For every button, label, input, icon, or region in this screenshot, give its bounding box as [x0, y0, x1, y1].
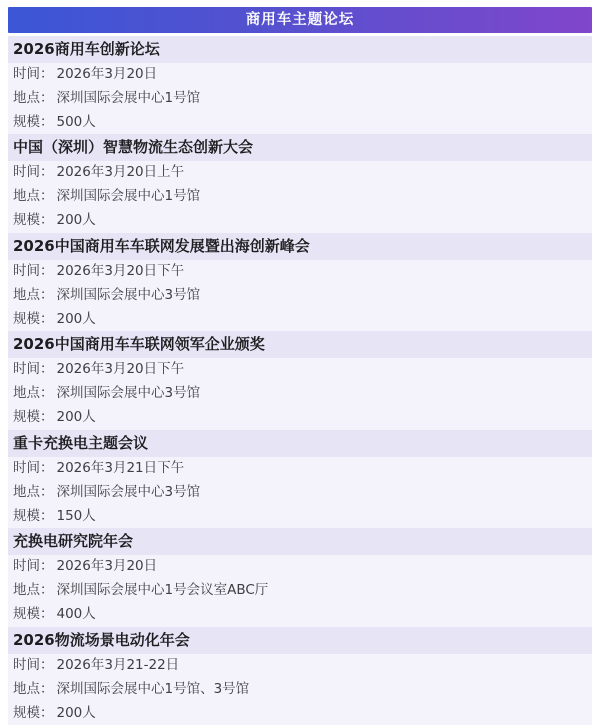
event-location-row: 地点：深圳国际会展中心3号馆: [8, 382, 592, 406]
event-time-row: 时间：2026年3月21-22日: [8, 654, 592, 678]
event-location-row: 地点：深圳国际会展中心1号馆: [8, 87, 592, 111]
scale-value: 200人: [57, 705, 96, 721]
event-block: 2026物流场景电动化年会 时间：2026年3月21-22日 地点：深圳国际会展…: [8, 627, 592, 725]
time-label: 时间：: [13, 164, 54, 180]
location-label: 地点：: [13, 188, 54, 204]
event-scale-row: 规模：400人: [8, 603, 592, 627]
scale-label: 规模：: [13, 508, 54, 524]
event-time-row: 时间：2026年3月20日下午: [8, 358, 592, 382]
location-label: 地点：: [13, 287, 54, 303]
event-time-row: 时间：2026年3月20日上午: [8, 161, 592, 185]
event-scale-row: 规模：200人: [8, 406, 592, 430]
time-value: 2026年3月20日下午: [57, 361, 185, 377]
scale-label: 规模：: [13, 212, 54, 228]
location-value: 深圳国际会展中心3号馆: [57, 385, 201, 401]
event-block: 中国（深圳）智慧物流生态创新大会 时间：2026年3月20日上午 地点：深圳国际…: [8, 134, 592, 232]
event-scale-row: 规模：200人: [8, 702, 592, 725]
location-value: 深圳国际会展中心3号馆: [57, 287, 201, 303]
event-title: 2026商用车创新论坛: [8, 36, 592, 63]
event-scale-row: 规模：500人: [8, 111, 592, 135]
event-location-row: 地点：深圳国际会展中心3号馆: [8, 284, 592, 308]
location-value: 深圳国际会展中心1号馆: [57, 90, 201, 106]
location-label: 地点：: [13, 385, 54, 401]
scale-label: 规模：: [13, 114, 54, 130]
event-location-row: 地点：深圳国际会展中心1号馆、3号馆: [8, 678, 592, 702]
time-label: 时间：: [13, 66, 54, 82]
event-title: 2026中国商用车车联网领军企业颁奖: [8, 331, 592, 358]
event-scale-row: 规模：150人: [8, 505, 592, 529]
location-value: 深圳国际会展中心1号会议室ABC厅: [57, 582, 269, 598]
time-label: 时间：: [13, 558, 54, 574]
scale-label: 规模：: [13, 606, 54, 622]
event-location-row: 地点：深圳国际会展中心1号会议室ABC厅: [8, 579, 592, 603]
event-block: 2026中国商用车车联网发展暨出海创新峰会 时间：2026年3月20日下午 地点…: [8, 233, 592, 331]
time-value: 2026年3月20日上午: [57, 164, 185, 180]
time-label: 时间：: [13, 460, 54, 476]
page-title: 商用车主题论坛: [8, 7, 592, 33]
location-value: 深圳国际会展中心1号馆: [57, 188, 201, 204]
event-block: 2026商用车创新论坛 时间：2026年3月20日 地点：深圳国际会展中心1号馆…: [8, 36, 592, 134]
scale-label: 规模：: [13, 409, 54, 425]
scale-value: 150人: [57, 508, 96, 524]
event-time-row: 时间：2026年3月21日下午: [8, 457, 592, 481]
event-scale-row: 规模：200人: [8, 209, 592, 233]
event-block: 充换电研究院年会 时间：2026年3月20日 地点：深圳国际会展中心1号会议室A…: [8, 528, 592, 626]
event-location-row: 地点：深圳国际会展中心3号馆: [8, 481, 592, 505]
scale-label: 规模：: [13, 705, 54, 721]
event-block: 重卡充换电主题会议 时间：2026年3月21日下午 地点：深圳国际会展中心3号馆…: [8, 430, 592, 528]
event-time-row: 时间：2026年3月20日: [8, 63, 592, 87]
event-title: 中国（深圳）智慧物流生态创新大会: [8, 134, 592, 161]
location-label: 地点：: [13, 681, 54, 697]
scale-value: 200人: [57, 311, 96, 327]
time-label: 时间：: [13, 263, 54, 279]
scale-value: 500人: [57, 114, 96, 130]
time-value: 2026年3月21-22日: [57, 657, 180, 673]
event-time-row: 时间：2026年3月20日下午: [8, 260, 592, 284]
event-scale-row: 规模：200人: [8, 308, 592, 332]
event-block: 2026中国商用车车联网领军企业颁奖 时间：2026年3月20日下午 地点：深圳…: [8, 331, 592, 429]
time-value: 2026年3月20日: [57, 66, 158, 82]
event-title: 充换电研究院年会: [8, 528, 592, 555]
time-value: 2026年3月21日下午: [57, 460, 185, 476]
time-value: 2026年3月20日: [57, 558, 158, 574]
time-label: 时间：: [13, 657, 54, 673]
location-label: 地点：: [13, 90, 54, 106]
forum-schedule-page: 商用车主题论坛 2026商用车创新论坛 时间：2026年3月20日 地点：深圳国…: [0, 0, 600, 725]
location-value: 深圳国际会展中心1号馆、3号馆: [57, 681, 250, 697]
event-title: 重卡充换电主题会议: [8, 430, 592, 457]
event-time-row: 时间：2026年3月20日: [8, 555, 592, 579]
event-location-row: 地点：深圳国际会展中心1号馆: [8, 185, 592, 209]
scale-value: 200人: [57, 409, 96, 425]
scale-value: 200人: [57, 212, 96, 228]
scale-label: 规模：: [13, 311, 54, 327]
event-title: 2026物流场景电动化年会: [8, 627, 592, 654]
location-label: 地点：: [13, 582, 54, 598]
scale-value: 400人: [57, 606, 96, 622]
event-title: 2026中国商用车车联网发展暨出海创新峰会: [8, 233, 592, 260]
location-label: 地点：: [13, 484, 54, 500]
time-label: 时间：: [13, 361, 54, 377]
location-value: 深圳国际会展中心3号馆: [57, 484, 201, 500]
time-value: 2026年3月20日下午: [57, 263, 185, 279]
